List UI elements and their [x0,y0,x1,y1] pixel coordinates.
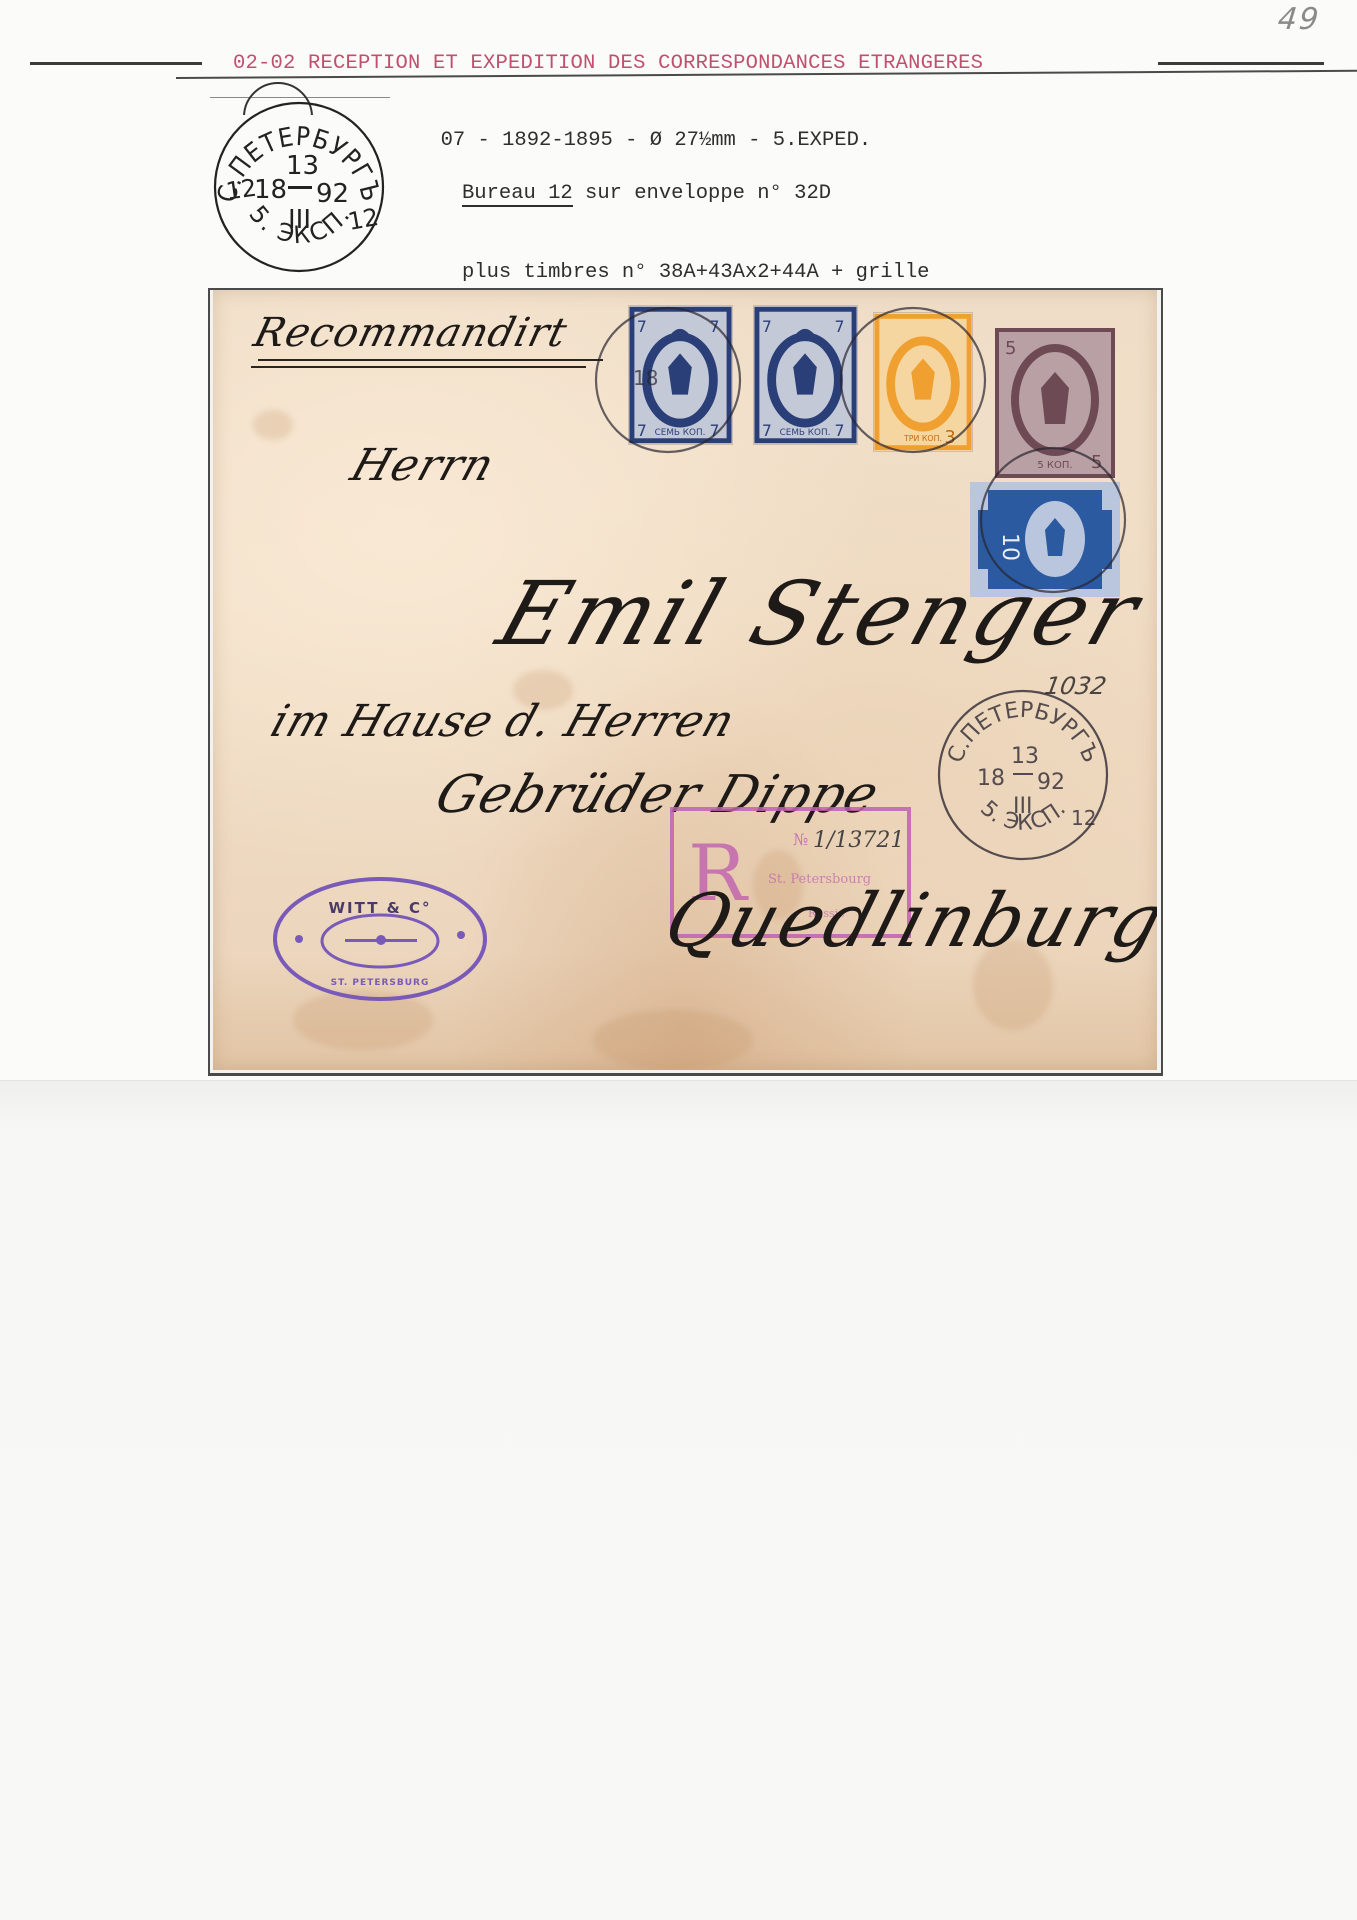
svg-text:5. ЭКСП.: 5. ЭКСП. [975,796,1071,836]
svg-text:92: 92 [316,179,349,209]
header-rule-right [1158,62,1324,65]
reference-number: 1032 [1043,672,1109,700]
stamp-7-kop-1: 7 7 7 7 СЕМЬ КОП. [628,305,733,445]
svg-text:С.ПЕТЕРБУРГЪ: С.ПЕТЕРБУРГЪ [943,698,1103,767]
postmark-icon: С.ПЕТЕРБУРГЪ 5. ЭКСП. 12 12 18 13 92 III [210,98,388,276]
svg-text:18: 18 [977,766,1005,791]
destination-city: Quedlinburg [656,878,1157,964]
blank-page-area [0,1080,1357,1920]
svg-text:7: 7 [834,421,844,440]
description-line-2: Bureau 12 sur enveloppe n° 32D [462,181,929,208]
salutation: Herrn [345,440,501,491]
envelope-cover: Recommandirt 7 7 7 7 СЕМЬ КОП. 7 7 7 7 [213,290,1157,1070]
svg-text:WITT & C°: WITT & C° [329,899,432,917]
stamp-5-kop-imprinted: 5 5 5 КОП. [995,328,1115,478]
svg-text:5: 5 [1005,338,1016,359]
svg-text:СЕМЬ КОП.: СЕМЬ КОП. [780,428,831,438]
header-rule-left [30,62,202,65]
svg-text:92: 92 [1037,770,1065,795]
svg-text:7: 7 [834,317,844,336]
page-number: 49 [1276,2,1322,37]
svg-text:12: 12 [1071,806,1096,830]
svg-text:10: 10 [997,533,1022,561]
svg-text:5: 5 [1091,452,1102,473]
svg-text:7: 7 [637,317,647,336]
svg-text:7: 7 [709,317,719,336]
stamp-3-kop: 3 ТРИ КОП. [873,312,973,452]
recommandirt-label: Recommandirt [249,310,572,356]
stamp-7-kop-2: 7 7 7 7 СЕМЬ КОП. [753,305,858,445]
description-line-1: 07 - 1892-1895 - Ø 27½mm - 5.EXPED. [441,129,872,152]
svg-text:13: 13 [1011,744,1039,769]
svg-text:ST. PETERSBURG: ST. PETERSBURG [331,978,430,988]
description-line-3: plus timbres n° 38A+43Ax2+44A + grille [462,260,929,287]
svg-text:III: III [288,205,311,235]
svg-text:№: № [793,830,808,849]
svg-text:1/13721: 1/13721 [813,828,904,853]
reference-postmark: С.ПЕТЕРБУРГЪ 5. ЭКСП. 12 12 18 13 92 III [210,98,388,276]
svg-text:3: 3 [945,428,956,448]
svg-text:ТРИ КОП.: ТРИ КОП. [903,434,942,443]
bureau-label: Bureau 12 [462,182,573,207]
svg-text:13: 13 [286,151,319,181]
svg-text:7: 7 [762,317,772,336]
care-of-line: im Hause d. Herren [265,696,742,747]
svg-text:5 КОП.: 5 КОП. [1037,460,1072,471]
underline [258,359,603,361]
svg-text:III: III [1013,794,1032,819]
page-title: 02-02 RECEPTION ET EXPEDITION DES CORRES… [233,52,983,75]
sender-stamp-witt: WITT & C° ST. PETERSBURG [269,873,491,1005]
svg-text:12: 12 [346,203,381,236]
underline [251,366,586,368]
svg-text:7: 7 [762,421,772,440]
addressee-name: Emil Stenger [486,562,1154,665]
postmark-strike-4-icon: С.ПЕТЕРБУРГЪ 5. ЭКСП. 18 13 92 III 12 [933,685,1113,865]
svg-text:7: 7 [709,421,719,440]
svg-text:18: 18 [254,175,287,205]
svg-text:СЕМЬ КОП.: СЕМЬ КОП. [655,428,706,438]
svg-text:7: 7 [637,421,647,440]
